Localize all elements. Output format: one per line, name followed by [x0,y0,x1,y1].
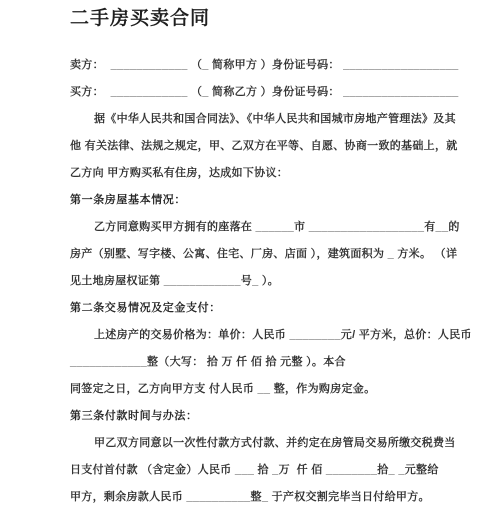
document-title: 二手房买卖合同 [70,5,480,33]
preamble-line-2: 他 有关法律、法规之规定，甲、乙双方在平等、自愿、协商一致的基础上，就 [70,133,480,160]
contract-document-page: 二手房买卖合同 卖方： ____________ （_ 简称甲方 ）身份证号码：… [0,0,500,515]
section-1-line-2: 房产（别墅、写字楼、公寓、住宅、厂房、店面 ），建筑面积为 _ 方米。 （详 [70,241,480,268]
section-3-line-2: 日支付首付款 （含定金）人民币 ___ 拾 _万 仟 佰 ________拾_ … [70,457,480,484]
section-2-heading: 第二条交易情况及定金支付： [70,295,480,322]
preamble-line-3: 乙方向 甲方购买私有住房，达成如下协议： [70,160,480,187]
buyer-field-line: 买方： ____________ （_ 简称乙方 ）身份证号码： _______… [70,79,480,106]
section-2-line-3: 同签定之日，乙方向甲方支 付人民币 __ 整，作为购房定金。 [70,376,480,403]
seller-field-line: 卖方： ____________ （_ 简称甲方 ）身份证号码： _______… [70,52,480,79]
section-3-line-3: 甲方，剩余房款人民币 __________整_ 于产权交割完毕当日付给甲方。 [70,484,480,511]
section-2-line-1: 上述房产的交易价格为：单价：人民币 ________元/ 平方米，总价：人民币 [70,322,480,349]
section-1-line-1: 乙方同意购买甲方拥有的座落在 ______市 _________________… [70,214,480,241]
section-2-line-2: ____________整（大写： 拾 万 仟 佰 拾 元整 ）。本合 [70,349,480,376]
section-3-heading: 第三条付款时间与办法： [70,403,480,430]
section-3-line-1: 甲乙双方同意以一次性付款方式付款、并约定在房管局交易所缴交税费当 [70,430,480,457]
section-1-line-3: 见土地房屋权证第 ____________号_ ）。 [70,268,480,295]
preamble-line-1: 据《中华人民共和国合同法》、《中华人民共和国城市房地产管理法》及其 [70,106,480,133]
document-body: 卖方： ____________ （_ 简称甲方 ）身份证号码： _______… [70,52,480,511]
section-1-heading: 第一条房屋基本情况： [70,187,480,214]
